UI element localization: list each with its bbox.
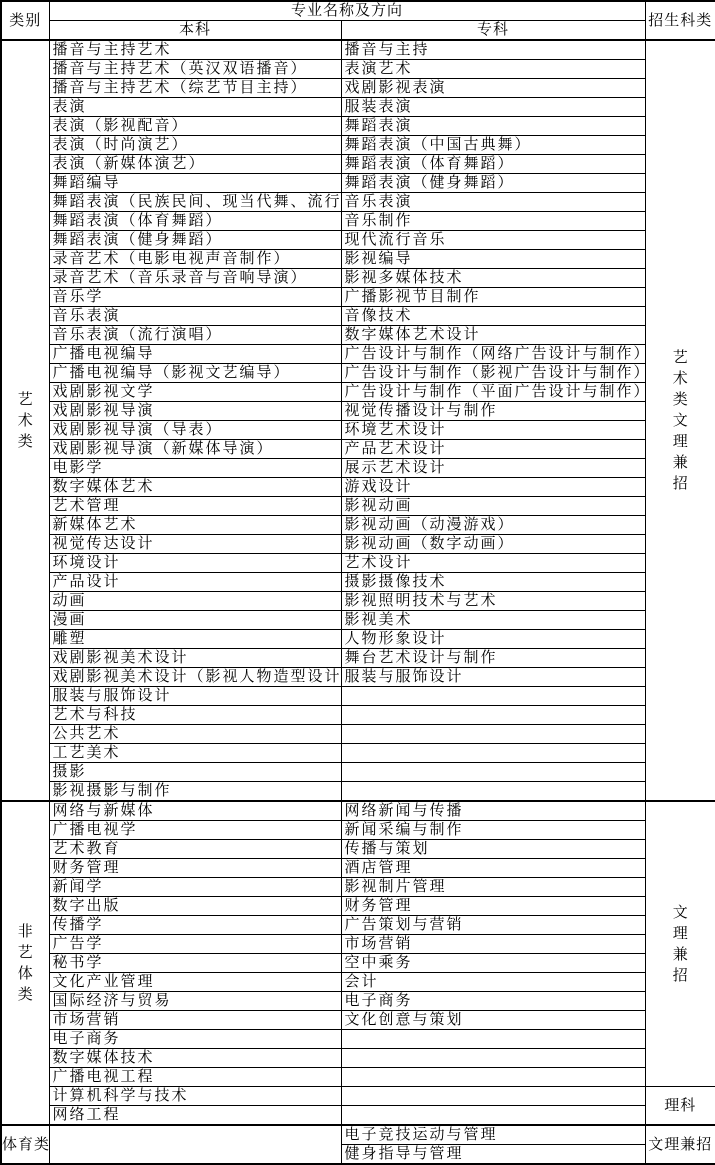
- junior-college-major-cell: 广告设计与制作（网络广告设计与制作）: [341, 345, 645, 364]
- junior-college-major-cell: 影视动画（动漫游戏）: [341, 516, 645, 535]
- undergraduate-major-cell: 新闻学: [49, 878, 341, 897]
- junior-college-major-cell: 人物形象设计: [341, 630, 645, 649]
- undergraduate-major-cell: 艺术与科技: [49, 706, 341, 725]
- undergraduate-major-cell: 戏剧影视文学: [49, 383, 341, 402]
- junior-college-major-cell: 电子商务: [341, 992, 645, 1011]
- junior-college-major-cell: 财务管理: [341, 897, 645, 916]
- junior-college-major-cell: 视觉传播设计与制作: [341, 402, 645, 421]
- enrollment-both: 文 理 兼 招: [645, 801, 715, 1087]
- undergraduate-major-cell: 计算机科学与技术: [49, 1087, 341, 1106]
- junior-college-major-cell: 舞蹈表演（中国古典舞）: [341, 136, 645, 155]
- table-row: 新媒体艺术影视动画（动漫游戏）: [1, 516, 715, 535]
- junior-college-major-cell: 影视美术: [341, 611, 645, 630]
- undergraduate-major-cell: 舞蹈表演（民族民间、现当代舞、流行舞）: [49, 193, 341, 212]
- undergraduate-major-cell: 数字媒体技术: [49, 1049, 341, 1068]
- junior-college-major-cell: 酒店管理: [341, 859, 645, 878]
- undergraduate-major-cell: 摄影: [49, 763, 341, 782]
- table-row: 播音与主持艺术（综艺节目主持）戏剧影视表演: [1, 79, 715, 98]
- undergraduate-major-cell: 戏剧影视导演（新媒体导演）: [49, 440, 341, 459]
- table-row: 舞蹈编导舞蹈表演（健身舞蹈）: [1, 174, 715, 193]
- table-row: 产品设计摄影摄像技术: [1, 573, 715, 592]
- junior-college-major-cell: 影视照明技术与艺术: [341, 592, 645, 611]
- undergraduate-major-cell: 播音与主持艺术（综艺节目主持）: [49, 79, 341, 98]
- junior-college-major-cell: 音像技术: [341, 307, 645, 326]
- undergraduate-major-cell: 新媒体艺术: [49, 516, 341, 535]
- table-row: 工艺美术: [1, 744, 715, 763]
- junior-college-major-cell: 游戏设计: [341, 478, 645, 497]
- junior-college-major-cell: 影视动画: [341, 497, 645, 516]
- junior-college-major-cell: 影视编导: [341, 250, 645, 269]
- junior-college-major-cell: 音乐制作: [341, 212, 645, 231]
- table-row: 环境设计艺术设计: [1, 554, 715, 573]
- table-row: 公共艺术: [1, 725, 715, 744]
- table-row: 财务管理酒店管理: [1, 859, 715, 878]
- undergraduate-major-cell: 视觉传达设计: [49, 535, 341, 554]
- undergraduate-major-cell: 广播电视编导（影视文艺编导）: [49, 364, 341, 383]
- table-row: 服装与服饰设计: [1, 687, 715, 706]
- table-row: 摄影: [1, 763, 715, 782]
- undergraduate-major-cell: 工艺美术: [49, 744, 341, 763]
- undergraduate-major-cell: 服装与服饰设计: [49, 687, 341, 706]
- table-row: 广播电视学新闻采编与制作: [1, 821, 715, 840]
- table-row: 录音艺术（电影电视声音制作）影视编导: [1, 250, 715, 269]
- undergraduate-major-cell: 戏剧影视导演（导表）: [49, 421, 341, 440]
- junior-college-major-cell: 文化创意与策划: [341, 1011, 645, 1030]
- table-row: 舞蹈表演（民族民间、现当代舞、流行舞）音乐表演: [1, 193, 715, 212]
- table-row: 表演（时尚演艺）舞蹈表演（中国古典舞）: [1, 136, 715, 155]
- undergraduate-major-cell: 戏剧影视美术设计: [49, 649, 341, 668]
- table-row: 影视摄影与制作: [1, 782, 715, 802]
- majors-table-page: 类别 专业名称及方向 招生科类 本科 专科 艺 术 类播音与主持艺术播音与主持艺…: [0, 0, 715, 1165]
- junior-college-major-cell: 音乐表演: [341, 193, 645, 212]
- table-row: 艺术管理影视动画: [1, 497, 715, 516]
- undergraduate-major-cell: 播音与主持艺术（英汉双语播音）: [49, 60, 341, 79]
- table-row: 录音艺术（音乐录音与音响导演）影视多媒体技术: [1, 269, 715, 288]
- junior-college-major-cell: 影视制片管理: [341, 878, 645, 897]
- undergraduate-major-cell: 网络与新媒体: [49, 801, 341, 821]
- undergraduate-major-cell: 舞蹈表演（体育舞蹈）: [49, 212, 341, 231]
- table-row: 戏剧影视导演视觉传播设计与制作: [1, 402, 715, 421]
- junior-college-major-cell: 传播与策划: [341, 840, 645, 859]
- table-row: 音乐学广播影视节目制作: [1, 288, 715, 307]
- junior-college-major-cell: 数字媒体艺术设计: [341, 326, 645, 345]
- table-row: 艺 术 类播音与主持艺术播音与主持艺 术 类 文 理 兼 招: [1, 40, 715, 60]
- junior-college-major-cell: [341, 725, 645, 744]
- undergraduate-major-cell: 广播电视学: [49, 821, 341, 840]
- header-junior-college: 专科: [341, 21, 645, 41]
- table-row: 数字出版财务管理: [1, 897, 715, 916]
- table-row: 戏剧影视导演（导表）环境艺术设计: [1, 421, 715, 440]
- header-undergraduate: 本科: [49, 21, 341, 41]
- undergraduate-major-cell: 数字出版: [49, 897, 341, 916]
- undergraduate-major-cell: 艺术管理: [49, 497, 341, 516]
- table-row: 视觉传达设计影视动画（数字动画）: [1, 535, 715, 554]
- junior-college-major-cell: 现代流行音乐: [341, 231, 645, 250]
- enrollment-sports-both: 文理兼招: [645, 1125, 715, 1164]
- undergraduate-major-cell: 录音艺术（电影电视声音制作）: [49, 250, 341, 269]
- table-row: 电子商务: [1, 1030, 715, 1049]
- junior-college-major-cell: [341, 763, 645, 782]
- junior-college-major-cell: [341, 782, 645, 802]
- table-row: 音乐表演音像技术: [1, 307, 715, 326]
- table-row: 表演（新媒体演艺）舞蹈表演（体育舞蹈）: [1, 155, 715, 174]
- undergraduate-major-cell: 艺术教育: [49, 840, 341, 859]
- table-row: 计算机科学与技术理科: [1, 1087, 715, 1106]
- table-row: 表演服装表演: [1, 98, 715, 117]
- undergraduate-major-cell: 广告学: [49, 935, 341, 954]
- undergraduate-major-cell: 雕塑: [49, 630, 341, 649]
- junior-college-major-cell: 产品艺术设计: [341, 440, 645, 459]
- junior-college-major-cell: 网络新闻与传播: [341, 801, 645, 821]
- undergraduate-major-cell: 环境设计: [49, 554, 341, 573]
- table-row: 音乐表演（流行演唱）数字媒体艺术设计: [1, 326, 715, 345]
- undergraduate-major-cell: 表演（时尚演艺）: [49, 136, 341, 155]
- undergraduate-major-cell: 舞蹈表演（健身舞蹈）: [49, 231, 341, 250]
- header-enrollment-type: 招生科类: [645, 1, 715, 40]
- header-row-2: 本科 专科: [1, 21, 715, 41]
- table-row: 漫画影视美术: [1, 611, 715, 630]
- junior-college-major-cell: 摄影摄像技术: [341, 573, 645, 592]
- junior-college-major-cell: 戏剧影视表演: [341, 79, 645, 98]
- undergraduate-major-cell: 戏剧影视美术设计（影视人物造型设计）: [49, 668, 341, 687]
- header-major-name-direction: 专业名称及方向: [49, 1, 645, 21]
- undergraduate-major-cell: 漫画: [49, 611, 341, 630]
- table-row: 舞蹈表演（健身舞蹈）现代流行音乐: [1, 231, 715, 250]
- junior-college-major-cell: 服装表演: [341, 98, 645, 117]
- table-row: 体育类电子竞技运动与管理文理兼招: [1, 1125, 715, 1145]
- junior-college-major-cell: [341, 1087, 645, 1106]
- category-non-art-sports: 非 艺 体 类: [1, 801, 49, 1125]
- junior-college-major-cell: 艺术设计: [341, 554, 645, 573]
- undergraduate-empty-cell: [49, 1125, 341, 1164]
- junior-college-major-cell: 服装与服饰设计: [341, 668, 645, 687]
- junior-college-major-cell: 展示艺术设计: [341, 459, 645, 478]
- junior-college-major-cell: 广告设计与制作（平面广告设计与制作）: [341, 383, 645, 402]
- header-row-1: 类别 专业名称及方向 招生科类: [1, 1, 715, 21]
- junior-college-major-cell: 影视动画（数字动画）: [341, 535, 645, 554]
- undergraduate-major-cell: 表演（新媒体演艺）: [49, 155, 341, 174]
- junior-college-major-cell: 空中乘务: [341, 954, 645, 973]
- undergraduate-major-cell: 市场营销: [49, 1011, 341, 1030]
- table-row: 戏剧影视文学广告设计与制作（平面广告设计与制作）: [1, 383, 715, 402]
- junior-college-major-cell: 舞蹈表演（健身舞蹈）: [341, 174, 645, 193]
- table-row: 艺术教育传播与策划: [1, 840, 715, 859]
- table-row: 市场营销文化创意与策划: [1, 1011, 715, 1030]
- junior-college-major-cell: 广告设计与制作（影视广告设计与制作）: [341, 364, 645, 383]
- junior-college-major-cell: 舞蹈表演: [341, 117, 645, 136]
- undergraduate-major-cell: 音乐表演（流行演唱）: [49, 326, 341, 345]
- table-row: 传播学广告策划与营销: [1, 916, 715, 935]
- table-row: 广告学市场营销: [1, 935, 715, 954]
- undergraduate-major-cell: 音乐表演: [49, 307, 341, 326]
- undergraduate-major-cell: 录音艺术（音乐录音与音响导演）: [49, 269, 341, 288]
- undergraduate-major-cell: 秘书学: [49, 954, 341, 973]
- undergraduate-major-cell: 公共艺术: [49, 725, 341, 744]
- junior-college-major-cell: 新闻采编与制作: [341, 821, 645, 840]
- undergraduate-major-cell: 传播学: [49, 916, 341, 935]
- junior-college-major-cell: [341, 1030, 645, 1049]
- table-row: 文化产业管理会计: [1, 973, 715, 992]
- table-row: 舞蹈表演（体育舞蹈）音乐制作: [1, 212, 715, 231]
- junior-college-major-cell: [341, 687, 645, 706]
- junior-college-major-cell: 市场营销: [341, 935, 645, 954]
- junior-college-major-cell: [341, 1049, 645, 1068]
- table-row: 数字媒体艺术游戏设计: [1, 478, 715, 497]
- junior-college-major-cell: [341, 706, 645, 725]
- undergraduate-major-cell: 戏剧影视导演: [49, 402, 341, 421]
- undergraduate-major-cell: 播音与主持艺术: [49, 40, 341, 60]
- junior-college-major-cell: 广告策划与营销: [341, 916, 645, 935]
- undergraduate-major-cell: 表演: [49, 98, 341, 117]
- table-row: 网络工程: [1, 1106, 715, 1126]
- majors-table: 类别 专业名称及方向 招生科类 本科 专科 艺 术 类播音与主持艺术播音与主持艺…: [0, 0, 715, 1165]
- undergraduate-major-cell: 广播电视工程: [49, 1068, 341, 1087]
- category-sports: 体育类: [1, 1125, 49, 1164]
- junior-college-major-cell: [341, 744, 645, 763]
- undergraduate-major-cell: 国际经济与贸易: [49, 992, 341, 1011]
- undergraduate-major-cell: 电影学: [49, 459, 341, 478]
- undergraduate-major-cell: 广播电视编导: [49, 345, 341, 364]
- junior-college-major-cell: 影视多媒体技术: [341, 269, 645, 288]
- table-row: 新闻学影视制片管理: [1, 878, 715, 897]
- table-row: 电影学展示艺术设计: [1, 459, 715, 478]
- table-row: 戏剧影视美术设计舞台艺术设计与制作: [1, 649, 715, 668]
- undergraduate-major-cell: 表演（影视配音）: [49, 117, 341, 136]
- junior-college-major-cell: 舞台艺术设计与制作: [341, 649, 645, 668]
- table-row: 戏剧影视美术设计（影视人物造型设计）服装与服饰设计: [1, 668, 715, 687]
- table-row: 广播电视编导广告设计与制作（网络广告设计与制作）: [1, 345, 715, 364]
- table-row: 非 艺 体 类网络与新媒体网络新闻与传播文 理 兼 招: [1, 801, 715, 821]
- table-row: 表演（影视配音）舞蹈表演: [1, 117, 715, 136]
- undergraduate-major-cell: 舞蹈编导: [49, 174, 341, 193]
- undergraduate-major-cell: 网络工程: [49, 1106, 341, 1126]
- undergraduate-major-cell: 文化产业管理: [49, 973, 341, 992]
- junior-college-major-cell: [341, 1106, 645, 1126]
- table-row: 雕塑人物形象设计: [1, 630, 715, 649]
- undergraduate-major-cell: 动画: [49, 592, 341, 611]
- undergraduate-major-cell: 电子商务: [49, 1030, 341, 1049]
- enrollment-science: 理科: [645, 1087, 715, 1126]
- junior-college-major-cell: 健身指导与管理: [341, 1145, 645, 1165]
- undergraduate-major-cell: 财务管理: [49, 859, 341, 878]
- majors-table-body: 艺 术 类播音与主持艺术播音与主持艺 术 类 文 理 兼 招播音与主持艺术（英汉…: [1, 40, 715, 1164]
- table-row: 艺术与科技: [1, 706, 715, 725]
- table-row: 广播电视工程: [1, 1068, 715, 1087]
- undergraduate-major-cell: 产品设计: [49, 573, 341, 592]
- junior-college-major-cell: 播音与主持: [341, 40, 645, 60]
- table-row: 播音与主持艺术（英汉双语播音）表演艺术: [1, 60, 715, 79]
- table-row: 数字媒体技术: [1, 1049, 715, 1068]
- junior-college-major-cell: 舞蹈表演（体育舞蹈）: [341, 155, 645, 174]
- table-row: 秘书学空中乘务: [1, 954, 715, 973]
- undergraduate-major-cell: 数字媒体艺术: [49, 478, 341, 497]
- undergraduate-major-cell: 影视摄影与制作: [49, 782, 341, 802]
- table-row: 广播电视编导（影视文艺编导）广告设计与制作（影视广告设计与制作）: [1, 364, 715, 383]
- junior-college-major-cell: [341, 1068, 645, 1087]
- table-row: 动画影视照明技术与艺术: [1, 592, 715, 611]
- category-art: 艺 术 类: [1, 40, 49, 801]
- junior-college-major-cell: 会计: [341, 973, 645, 992]
- undergraduate-major-cell: 音乐学: [49, 288, 341, 307]
- header-category: 类别: [1, 1, 49, 40]
- table-row: 国际经济与贸易电子商务: [1, 992, 715, 1011]
- junior-college-major-cell: 广播影视节目制作: [341, 288, 645, 307]
- junior-college-major-cell: 电子竞技运动与管理: [341, 1125, 645, 1145]
- junior-college-major-cell: 表演艺术: [341, 60, 645, 79]
- junior-college-major-cell: 环境艺术设计: [341, 421, 645, 440]
- table-row: 戏剧影视导演（新媒体导演）产品艺术设计: [1, 440, 715, 459]
- enrollment-art-both: 艺 术 类 文 理 兼 招: [645, 40, 715, 801]
